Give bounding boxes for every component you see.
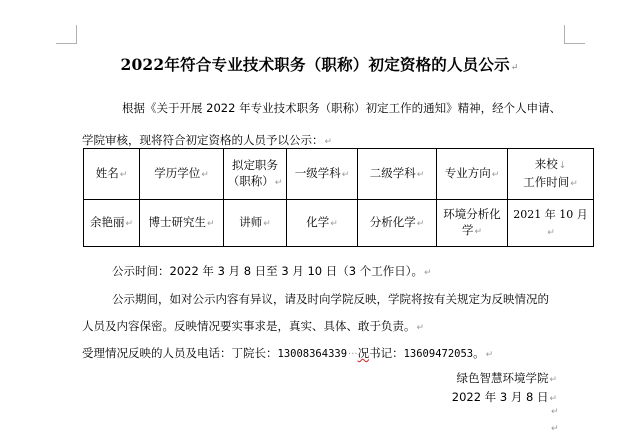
paragraph-mark-icon: ↵: [207, 219, 215, 229]
intro-text-2: 学院审核，现将符合初定资格的人员予以公示：: [82, 133, 324, 147]
document-title: 2022年符合专业技术职务（职称）初定资格的人员公示↵: [0, 53, 639, 75]
candidate-table: 姓名↵ 学历学位↵ 拟定职务（职称）↵ 一级学科↵ 二级学科↵ 专业方向↵ 来校…: [83, 148, 594, 247]
paragraph-mark-icon: ↵: [201, 170, 209, 180]
contact-person-2-phone: 13609472053: [404, 348, 474, 360]
header-start-time-line-1: 来校: [535, 157, 558, 171]
paragraph-mark-icon: ↵: [547, 228, 555, 238]
contact-person-1-label: 丁院长：: [232, 346, 278, 360]
spellcheck-flagged-surname: 况: [358, 346, 370, 360]
paragraph-mark-icon: ↵: [474, 227, 482, 237]
contact-label: 受理情况反映的人员及电话：: [82, 346, 232, 360]
header-second-discipline-text: 二级学科: [370, 166, 416, 180]
cell-name-text: 余艳丽: [90, 215, 125, 229]
cell-second-discipline-text: 分析化学: [370, 215, 416, 229]
header-start-time-line-2: 工作时间: [523, 175, 569, 189]
contact-end-punctuation: 。: [473, 346, 485, 360]
paragraph-mark-icon: ↵: [263, 219, 271, 229]
cell-direction: 环境分析化学↵: [437, 200, 508, 247]
cell-education-text: 博士研究生: [148, 215, 206, 229]
cell-first-discipline-text: 化学: [306, 215, 329, 229]
contact-paragraph: 受理情况反映的人员及电话：丁院长：13008364339···况书记：13609…: [82, 345, 493, 361]
cell-direction-line-2: 学: [462, 223, 474, 237]
objection-paragraph-line-1: 公示期间，如对公示内容有异议，请及时向学院反映，学院将按有关规定为反映情况的: [112, 291, 549, 307]
intro-paragraph-line-1: 根据《关于开展 2022 年专业技术职务（职称）初定工作的通知》精神，经个人申请…: [122, 100, 561, 116]
header-first-discipline: 一级学科↵: [287, 149, 358, 200]
cell-position-text: 讲师: [239, 215, 262, 229]
empty-paragraph-mark-icon: ↵: [551, 424, 559, 434]
cell-position: 讲师↵: [224, 200, 287, 247]
contact-person-2-label: 书记：: [369, 346, 404, 360]
header-direction-text: 专业方向: [445, 166, 491, 180]
paragraph-mark-icon: ↵: [417, 219, 425, 229]
objection-text-1: 公示期间，如对公示内容有异议，请及时向学院反映，学院将按有关规定为反映情况的: [112, 292, 549, 306]
header-position-line-2: （职称）: [228, 174, 274, 188]
cell-first-discipline: 化学↵: [287, 200, 358, 247]
cell-second-discipline: 分析化学↵: [358, 200, 437, 247]
paragraph-mark-icon: ↵: [342, 170, 350, 180]
page-corner-mark-top-left: [56, 25, 77, 44]
paragraph-mark-icon: ↵: [511, 63, 519, 73]
space-marks: ···: [348, 349, 358, 360]
paragraph-mark-icon: ↵: [325, 137, 333, 147]
line-break-mark-icon: ↓: [559, 161, 567, 171]
header-name: 姓名↵: [84, 149, 140, 200]
title-text: 2022年符合专业技术职务（职称）初定资格的人员公示: [120, 55, 509, 74]
intro-paragraph-line-2: 学院审核，现将符合初定资格的人员予以公示：↵: [82, 132, 332, 148]
organization-text: 绿色智慧环境学院: [456, 371, 548, 385]
empty-paragraph-mark-icon: ↵: [551, 407, 559, 417]
objection-paragraph-line-2: 人员及内容保密。反映情况要实事求是，真实、具体、敢于负责。↵: [82, 318, 424, 334]
paragraph-mark-icon: ↵: [417, 323, 425, 333]
signature-organization: 绿色智慧环境学院↵: [456, 370, 557, 386]
paragraph-mark-icon: ↵: [424, 268, 432, 278]
paragraph-mark-icon: ↵: [549, 375, 557, 385]
paragraph-mark-icon: ↵: [417, 170, 425, 180]
cell-education: 博士研究生↵: [140, 200, 224, 247]
page-corner-mark-top-right: [564, 25, 585, 44]
header-position: 拟定职务（职称）↵: [224, 149, 287, 200]
paragraph-mark-icon: ↵: [549, 394, 557, 404]
contact-person-1-phone: 13008364339: [278, 348, 348, 360]
cell-direction-line-1: 环境分析化: [443, 207, 501, 221]
header-first-discipline-text: 一级学科: [295, 166, 341, 180]
header-direction: 专业方向↵: [437, 149, 508, 200]
header-position-line-1: 拟定职务: [232, 158, 278, 172]
objection-text-2: 人员及内容保密。反映情况要实事求是，真实、具体、敢于负责。: [82, 319, 416, 333]
header-name-text: 姓名: [96, 166, 119, 180]
signature-date: 2022 年 3 月 8 日↵: [452, 389, 557, 405]
paragraph-mark-icon: ↵: [120, 170, 128, 180]
header-second-discipline: 二级学科↵: [358, 149, 437, 200]
paragraph-mark-icon: ↵: [492, 170, 500, 180]
paragraph-mark-icon: ↵: [570, 179, 578, 189]
header-education: 学历学位↵: [140, 149, 224, 200]
date-text: 2022 年 3 月 8 日: [452, 390, 549, 404]
paragraph-mark-icon: ↵: [486, 350, 494, 360]
header-education-text: 学历学位: [154, 166, 200, 180]
paragraph-mark-icon: ↵: [330, 219, 338, 229]
notice-period-paragraph: 公示时间：2022 年 3 月 8 日至 3 月 10 日（3 个工作日）。↵: [112, 263, 432, 279]
table-header-row: 姓名↵ 学历学位↵ 拟定职务（职称）↵ 一级学科↵ 二级学科↵ 专业方向↵ 来校…: [84, 149, 594, 200]
notice-period-text: 公示时间：2022 年 3 月 8 日至 3 月 10 日（3 个工作日）。: [112, 264, 423, 278]
header-start-time: 来校↓工作时间↵: [508, 149, 594, 200]
cell-name: 余艳丽↵: [84, 200, 140, 247]
cell-start-time-text: 2021 年 10 月: [513, 208, 587, 221]
paragraph-mark-icon: ↵: [275, 178, 283, 188]
cell-start-time: 2021 年 10 月↵: [508, 200, 594, 247]
intro-text-1: 根据《关于开展 2022 年专业技术职务（职称）初定工作的通知》精神，经个人申请…: [122, 101, 561, 115]
paragraph-mark-icon: ↵: [125, 219, 133, 229]
table-row: 余艳丽↵ 博士研究生↵ 讲师↵ 化学↵ 分析化学↵ 环境分析化学↵ 2021 年…: [84, 200, 594, 247]
